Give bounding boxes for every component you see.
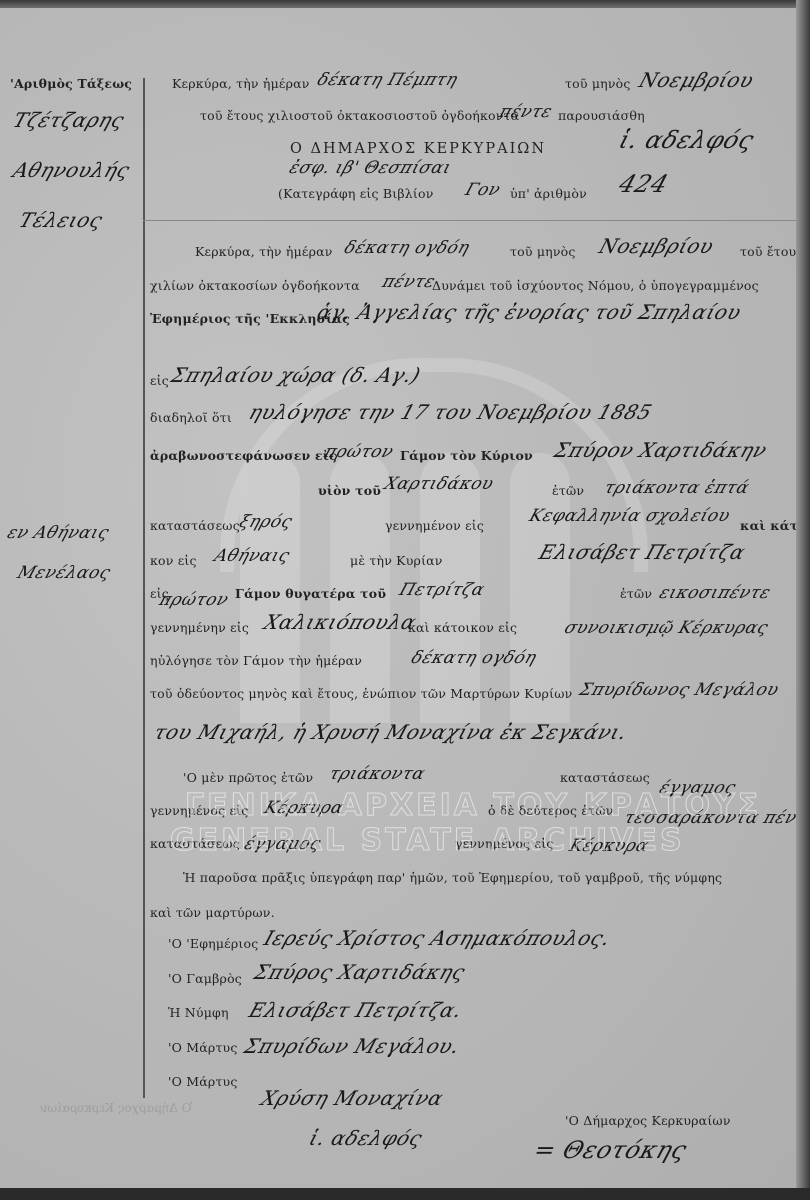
reg-handwritten-note: ἐσφ. ιβ' Θεσπίσαι bbox=[287, 158, 454, 178]
location-label: εἰς bbox=[150, 373, 169, 388]
first-witness-age-label: 'Ο μὲν πρῶτος ἐτῶν bbox=[183, 770, 313, 785]
groom-status: ξηρός bbox=[237, 512, 295, 532]
signature-witness-1: Σπυρίδων Μεγάλου. bbox=[241, 1034, 463, 1058]
column-divider bbox=[143, 78, 145, 1098]
bleed-through-text: Ὁ Δήμαρχος Κερκυραίων bbox=[40, 1101, 192, 1115]
order-number-header: 'Αριθμὸς Τάξεως bbox=[10, 76, 132, 91]
order-entry-3: Τέλειος bbox=[16, 208, 106, 232]
watermark-greek: ΓΕΝΙΚΑ ΑΡΧΕΙΑ ΤΟΥ ΚΡΑΤΟΥΣ bbox=[185, 788, 761, 823]
bride-label: μὲ τὴν Κυρίαν bbox=[350, 553, 443, 568]
witness-2-line: του Μιχαήλ, ἡ Χρυσή Μοναχίνα ἐκ Σεγκάνι. bbox=[151, 720, 630, 744]
margin-note-2: Μενέλαος bbox=[15, 563, 113, 583]
body-date-label: Κερκύρα, τὴν ἡμέραν bbox=[195, 244, 333, 259]
bride-age-label: ἐτῶν bbox=[620, 586, 652, 601]
bride-residence: συνοικισμῷ Κέρκυρας bbox=[562, 618, 771, 638]
book-spine-edge bbox=[796, 0, 810, 1200]
reg-month: Νοεμβρίου bbox=[636, 68, 757, 92]
bride-age: εικοσιπέντε bbox=[657, 583, 774, 603]
church-name: ἁγ. Ἀγγελίας τῆς ἐνορίας τοῦ Σπηλαίου bbox=[314, 300, 744, 324]
married-label: ἀραβωνοστεφάνωσεν εἰς bbox=[150, 448, 337, 463]
body-law-clause: Δυνάμει τοῦ ἰσχύοντος Νόμου, ὁ ὑπογεγραμ… bbox=[432, 278, 759, 293]
declares-label: διαδηλοῖ ὅτι bbox=[150, 410, 232, 425]
son-of-label: υἱὸν τοῦ bbox=[318, 483, 381, 498]
groom-born-label: γεννημένον εἰς bbox=[385, 518, 484, 533]
witnesses-label: τοῦ ὁδεύοντος μηνὸς καὶ ἔτους, ἐνώπιον τ… bbox=[150, 686, 572, 701]
groom-residence: Αθήναις bbox=[212, 546, 293, 566]
order-entry-2: Αθηνουλής bbox=[10, 158, 133, 182]
groom-father: Χαρτιδάκου bbox=[382, 474, 497, 494]
body-year: πέντε bbox=[380, 272, 438, 292]
marriage-order: πρώτον bbox=[322, 442, 397, 462]
reg-month-label: τοῦ μηνὸς bbox=[565, 76, 631, 91]
groom-resident-label-2: κον εἰς bbox=[150, 553, 197, 568]
declares-value: ηυλόγησε την 17 του Νοεμβρίου 1885 bbox=[246, 400, 655, 424]
reg-signature: ἱ. αδελφός bbox=[615, 126, 757, 154]
reg-line1-label: Κερκύρα, τὴν ἡμέραν bbox=[172, 76, 310, 91]
reg-year: πέντε bbox=[497, 102, 555, 122]
reg-book-label: (Κατεγράφη εἰς Βιβλίον bbox=[278, 186, 434, 201]
mayor-title: Ο ΔΗΜΑΡΧΟΣ ΚΕΡΚΥΡΑΙΩΝ bbox=[290, 141, 546, 157]
signature-witness-2: Χρύση Μοναχίνα bbox=[258, 1086, 447, 1110]
witness-1-name: Σπυρίδωνος Μεγάλου bbox=[577, 680, 782, 700]
reg-day: δέκατη Πέμπτη bbox=[315, 70, 461, 90]
bride-birthplace: Χαλικιόπουλα bbox=[261, 610, 420, 634]
body-month: Νοεμβρίου bbox=[596, 234, 717, 258]
signing-statement: Ἡ παροῦσα πρᾶξις ὑπεγράφη παρ' ἡμῶν, τοῦ… bbox=[183, 870, 722, 885]
margin-note-1: εν Αθήναις bbox=[5, 523, 112, 543]
daughter-of-label: Γάμον θυγατέρα τοῦ bbox=[235, 586, 386, 601]
scan-bottom-edge bbox=[0, 1188, 810, 1200]
groom-label: Γάμον τὸν Κύριον bbox=[400, 448, 533, 463]
reg-book: Γον bbox=[463, 180, 503, 200]
groom-age-label: ἐτῶν bbox=[552, 483, 584, 498]
body-line2-label: χιλίων ὀκτακοσίων ὀγδοήκοντα bbox=[150, 278, 360, 293]
signature-role-groom: 'Ο Γαμβρὸς bbox=[168, 971, 242, 986]
bride-marriage-order: πρώτον bbox=[157, 590, 232, 610]
signature-groom: Σπύρος Χαρτιδάκης bbox=[251, 960, 468, 984]
signature-role-priest: 'Ο 'Εφημέριος bbox=[168, 936, 258, 951]
reg-presented: παρουσιάσθη bbox=[558, 108, 645, 123]
groom-age: τριάκοντα ἑπτά bbox=[602, 478, 752, 498]
watermark-english: GENERAL STATE ARCHIVES bbox=[170, 823, 685, 858]
record-number: 424 bbox=[615, 170, 671, 198]
blessed-day: δέκατη ογδόη bbox=[409, 648, 540, 668]
mayor-signature: = Θεοτόκης bbox=[530, 1136, 690, 1164]
body-month-label: τοῦ μηνὸς bbox=[510, 244, 576, 259]
signing-statement-end: καὶ τῶν μαρτύρων. bbox=[150, 905, 275, 920]
first-witness-age: τριάκοντα bbox=[327, 764, 428, 784]
order-entry-1: Τζέτζαρης bbox=[10, 108, 128, 132]
reg-line2-label: τοῦ ἔτους χιλιοστοῦ ὀκτακοσιοστοῦ ὀγδοήκ… bbox=[200, 108, 519, 123]
bride-name: Ελισάβετ Πετρίτζα bbox=[536, 540, 749, 564]
body-day: δέκατη ογδόη bbox=[342, 238, 473, 258]
groom-status-label: καταστάσεως bbox=[150, 518, 240, 533]
signature-role-witness-2: 'Ο Μάρτυς bbox=[168, 1074, 238, 1089]
mayor-label: 'Ο Δήμαρχος Κερκυραίων bbox=[565, 1113, 731, 1128]
reg-number-label: ὑπ' ἀριθμὸν bbox=[510, 186, 587, 201]
groom-name: Σπύρον Χαρτιδάκην bbox=[551, 438, 770, 462]
mayor-cosignature: ἱ. αδελφός bbox=[306, 1126, 426, 1150]
bride-resident-label: καὶ κάτοικον εἰς bbox=[408, 620, 517, 635]
bride-born-label: γεννημένην εἰς bbox=[150, 620, 249, 635]
location-value: Σπηλαίου χώρα (δ. Αγ.) bbox=[168, 363, 424, 387]
groom-birthplace: Κεφαλληνία σχολείου bbox=[527, 506, 733, 526]
signature-role-witness-1: 'Ο Μάρτυς bbox=[168, 1040, 238, 1055]
body-year-label: τοῦ ἔτους bbox=[740, 244, 804, 259]
signature-bride: Ελισάβετ Πετρίτζα. bbox=[246, 998, 465, 1022]
signature-role-bride: Ἡ Νύμφη bbox=[168, 1005, 229, 1020]
blessed-label: ηὐλόγησε τὸν Γάμον τὴν ἡμέραν bbox=[150, 653, 362, 668]
document-page: Ὁ Δήμαρχος Κερκυραίων 'Αριθμὸς Τάξεως Τζ… bbox=[0, 8, 798, 1190]
bride-father: Πετρίτζα bbox=[397, 580, 488, 600]
first-witness-status-label: καταστάσεως bbox=[560, 770, 650, 785]
section-divider bbox=[143, 220, 798, 221]
signature-priest: Ιερεύς Χρίστος Ασημακόπουλος. bbox=[261, 926, 614, 950]
